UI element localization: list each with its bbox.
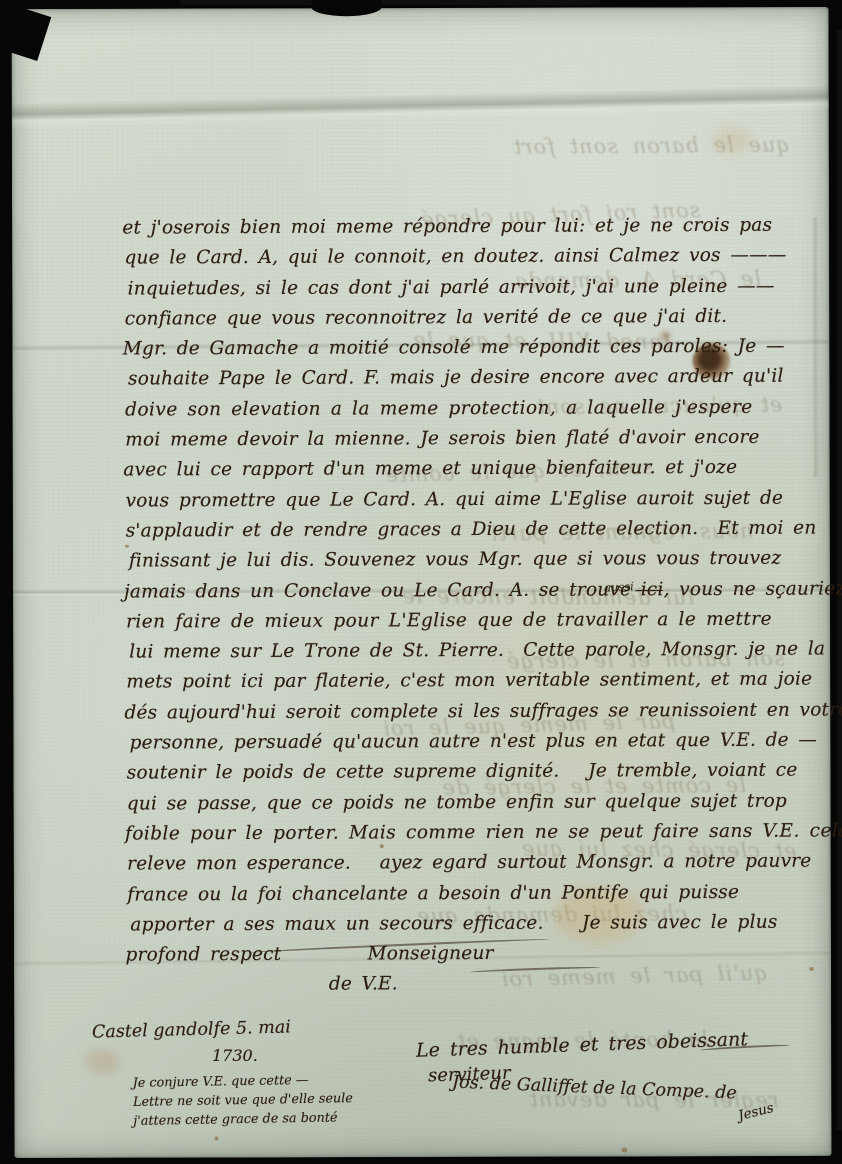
ink-fleck	[214, 1137, 218, 1141]
letter-line: france ou la foi chancelante a besoin d'…	[127, 877, 829, 910]
letter-line: souhaite Pape le Card. F. mais je desire…	[128, 362, 827, 395]
letter-line: personne, persuadé qu'aucun autre n'est …	[130, 726, 829, 759]
dateline-year: 1730.	[212, 1046, 258, 1065]
letter-line: moi meme devoir la mienne. Je serois bie…	[125, 423, 827, 456]
letter-line: apporter a ses maux un secours efficace.…	[130, 907, 829, 940]
letter-line: releve mon esperance. ayez egard surtout…	[127, 847, 829, 880]
letter-line: et j'oserois bien moi meme répondre pour…	[122, 210, 826, 243]
foxing-stain	[84, 1049, 120, 1075]
torn-corner	[0, 3, 51, 61]
letter-line: foible pour le porter. Mais comme rien n…	[125, 816, 829, 849]
letter-line: avec lui ce rapport d'un meme et unique …	[123, 453, 827, 486]
paper-edge-notch	[311, 0, 381, 16]
letter-line: finissant je lui dis. Souvenez vous Mgr.…	[129, 544, 828, 577]
adjacent-page-edge-top	[180, 0, 600, 5]
postscript: Je conjure V.E. que cette —Lettre ne soi…	[133, 1070, 354, 1131]
letter-line: de V.E.	[128, 968, 830, 1001]
letter-line: inquietudes, si le cas dont j'ai parlé a…	[128, 271, 827, 304]
letter-line: doive son elevation a la meme protection…	[125, 392, 827, 425]
letter-line: jamais dans un Conclave ou Le Card. A. s…	[124, 574, 828, 607]
letter-line: Mgr. de Gamache a moitié consolé me répo…	[123, 332, 827, 365]
foxing-stain	[712, 127, 752, 153]
ink-fleck	[621, 1147, 627, 1152]
letter-line: soutenir le poids de cette supreme digni…	[127, 756, 829, 789]
letter-line: confiance que vous reconnoitrez la verit…	[125, 301, 827, 334]
letter-body: et j'oserois bien moi meme répondre pour…	[124, 210, 829, 1001]
fold-crease	[12, 85, 829, 129]
letter-line: mets point ici par flaterie, c'est mon v…	[126, 665, 828, 698]
letter-line: dés aujourd'hui seroit complete si les s…	[124, 695, 828, 728]
letter-line: rien faire de mieux pour L'Eglise que de…	[126, 604, 828, 637]
superscript-insertion: aussi	[604, 579, 634, 595]
letter-line: que le Card. A, qui le connoit, en doute…	[124, 241, 826, 274]
postscript-line: j'attens cette grace de sa bonté	[133, 1108, 353, 1131]
letter-line: s'applaudir et de rendre graces a Dieu d…	[126, 513, 828, 546]
letter-line: qui se passe, que ce poids ne tombe enfi…	[127, 786, 829, 819]
letter-line: vous promettre que Le Card. A. qui aime …	[125, 483, 827, 516]
letter-line: lui meme sur Le Trone de St. Pierre. Cet…	[129, 635, 828, 668]
